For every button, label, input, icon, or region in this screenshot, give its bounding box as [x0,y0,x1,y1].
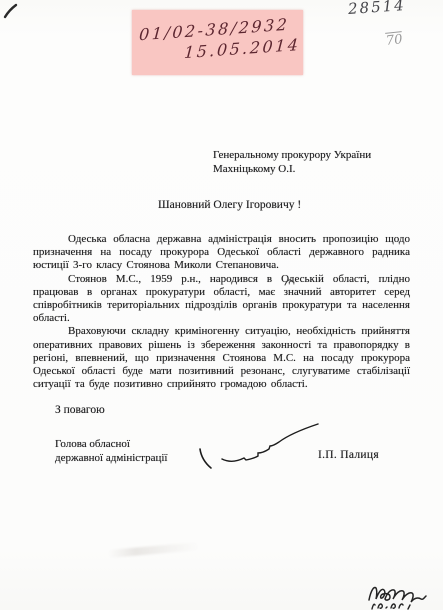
signer-title-line-2: державної адміністрації [55,452,168,466]
recipient-line-2: Махніцькому О.І. [213,163,371,177]
handwritten-correction-mark-icon [283,276,295,288]
handwritten-mark-70: 70 [385,32,403,49]
handwritten-incoming-number: 28514 [347,0,406,18]
signer-title-line-1: Голова обласної [55,438,168,452]
salutation: Шановний Олегу Ігоровичу ! [158,199,301,211]
scanned-letter-page: 01/02-38/2932 15.05.2014 28514 70 Генера… [0,0,443,610]
paragraph-3: Враховуючи складну криміногенну ситуацію… [33,325,410,391]
signature-icon [192,420,324,474]
paragraph-2: Стоянов М.С., 1959 р.н., народився в Оде… [33,273,410,326]
signer-title: Голова обласної державної адміністрації [55,438,168,465]
paragraph-1: Одеська обласна державна адміністрація в… [33,233,410,273]
pen-tick-mark-icon [2,3,20,21]
handwritten-note-icon [364,583,442,610]
letter-body: Одеська обласна державна адміністрація в… [33,233,410,391]
registration-stamp: 01/02-38/2932 15.05.2014 [132,10,303,75]
signer-name: І.П. Палиця [318,449,379,461]
closing: З повагою [55,404,105,416]
recipient-block: Генеральному прокурору України Махніцько… [213,149,371,176]
scan-smudge [108,542,200,558]
recipient-line-1: Генеральному прокурору України [213,149,371,163]
